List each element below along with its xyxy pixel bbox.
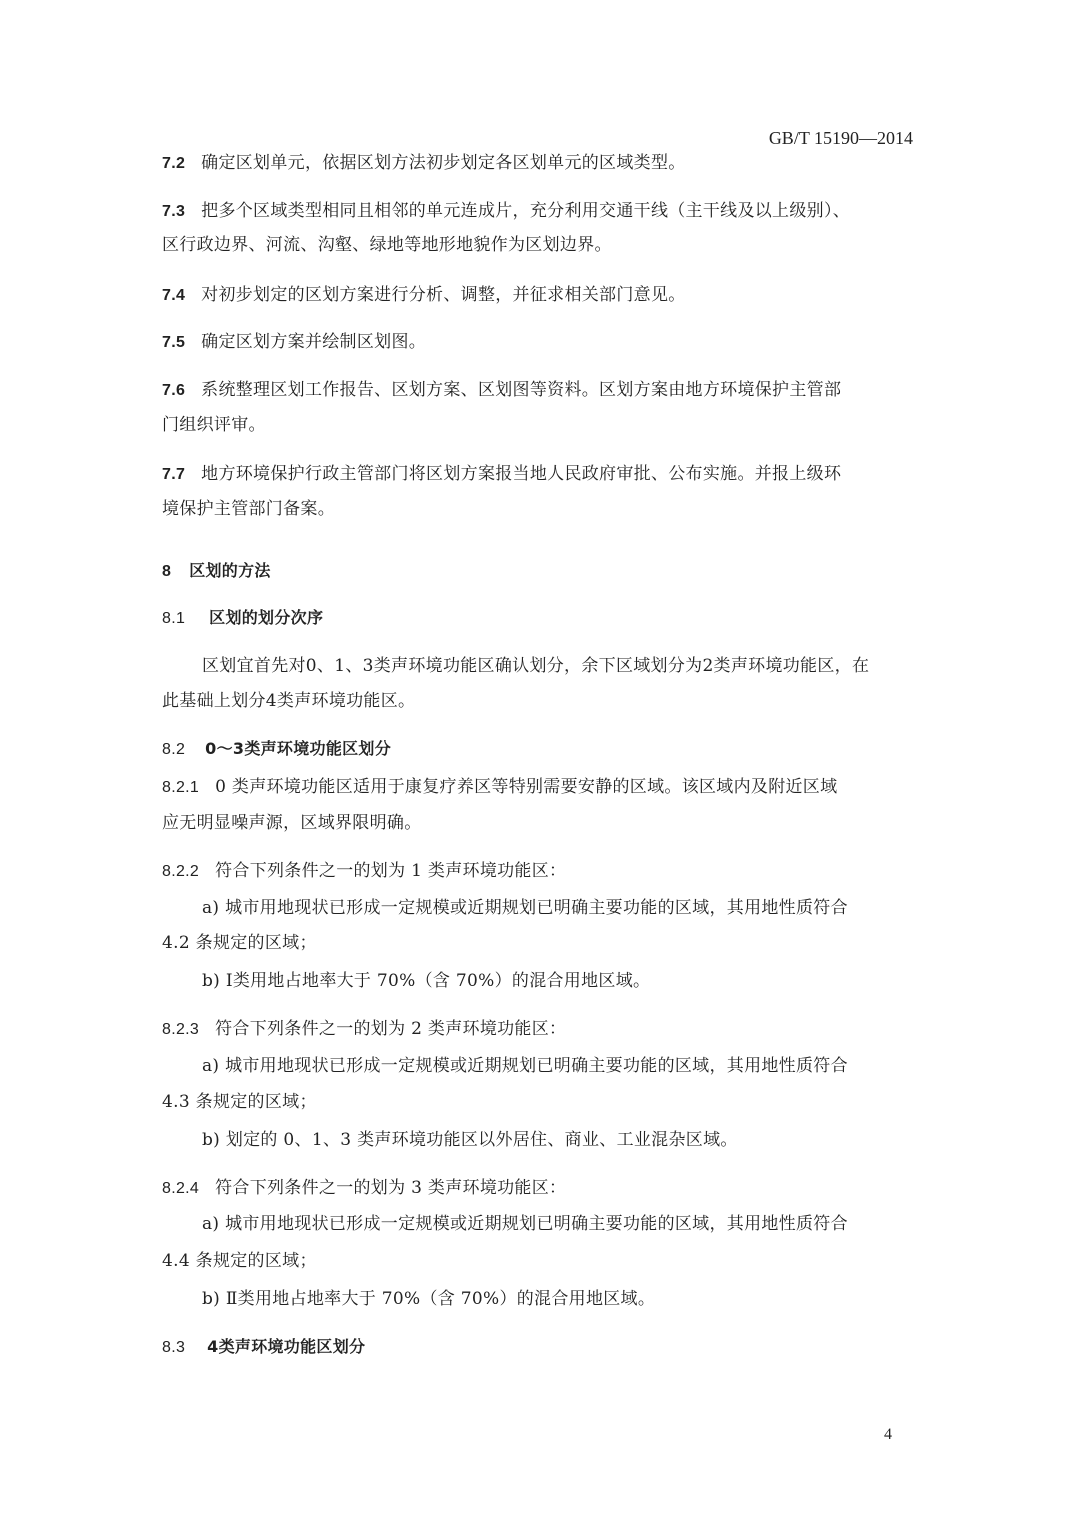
- item-8-2-3-b: b) 划定的 0、1、3 类声环境功能区以外居住、商业、工业混杂区域。: [162, 1129, 954, 1151]
- clause-number: 7.2: [162, 153, 185, 175]
- clause-7-6: 7.6系统整理区划工作报告、区划方案、区划图等资料。区划方案由地方环境保护主管部: [162, 379, 914, 402]
- clause-number: 7.7: [162, 464, 185, 486]
- clause-number: 8.2.2: [162, 861, 199, 883]
- item-8-2-4-a: a) 城市用地现状已形成一定规模或近期规划已明确主要功能的区域，其用地性质符合: [162, 1213, 954, 1235]
- section-number: 8.1: [162, 608, 185, 630]
- section-title: 0～3类声环境功能区划分: [205, 739, 391, 758]
- section-number: 8.3: [162, 1337, 185, 1359]
- clause-number: 7.5: [162, 332, 185, 354]
- clause-text: 符合下列条件之一的划为 3 类声环境功能区：: [215, 1178, 566, 1198]
- clause-8-2-1: 8.2.10 类声环境功能区适用于康复疗养区等特别需要安静的区域。该区域内及附近…: [162, 776, 914, 799]
- clause-7-6-cont: 门组织评审。: [162, 414, 914, 436]
- clause-text: 区行政边界、河流、沟壑、绿地等地形地貌作为区划边界。: [162, 235, 612, 255]
- clause-number: 8.2.1: [162, 777, 199, 799]
- item-text: b) Ⅰ类用地占地率大于 70%（含 70%）的混合用地区域。: [202, 971, 650, 991]
- clause-text: 境保护主管部门备案。: [162, 499, 335, 519]
- clause-7-7: 7.7地方环境保护行政主管部门将区划方案报当地人民政府审批、公布实施。并报上级环: [162, 463, 914, 486]
- section-8-heading: 8区划的方法: [162, 560, 914, 583]
- item-text: a) 城市用地现状已形成一定规模或近期规划已明确主要功能的区域，其用地性质符合: [202, 1056, 848, 1076]
- clause-text: 0 类声环境功能区适用于康复疗养区等特别需要安静的区域。该区域内及附近区域: [215, 777, 837, 797]
- paragraph-text: 区划宜首先对0、1、3类声环境功能区确认划分，余下区域划分为2类声环境功能区，在: [202, 656, 869, 676]
- page-number: 4: [884, 1426, 892, 1444]
- clause-text: 确定区划方案并绘制区划图。: [201, 332, 426, 352]
- clause-text: 系统整理区划工作报告、区划方案、区划图等资料。区划方案由地方环境保护主管部: [201, 380, 841, 400]
- clause-8-2-4: 8.2.4符合下列条件之一的划为 3 类声环境功能区：: [162, 1177, 914, 1200]
- item-8-2-4-a-cont: 4.4 条规定的区域；: [162, 1250, 914, 1272]
- clause-number: 7.3: [162, 201, 185, 223]
- item-text: b) 划定的 0、1、3 类声环境功能区以外居住、商业、工业混杂区域。: [202, 1130, 738, 1150]
- section-number: 8.2: [162, 739, 185, 761]
- clause-text: 门组织评审。: [162, 415, 266, 435]
- item-text: 4.4 条规定的区域；: [162, 1251, 317, 1271]
- clause-text: 确定区划单元，依据区划方法初步划定各区划单元的区域类型。: [201, 153, 685, 173]
- item-8-2-3-a-cont: 4.3 条规定的区域；: [162, 1091, 914, 1113]
- clause-7-2: 7.2确定区划单元，依据区划方法初步划定各区划单元的区域类型。: [162, 152, 914, 175]
- clause-8-2-3: 8.2.3符合下列条件之一的划为 2 类声环境功能区：: [162, 1018, 914, 1041]
- clause-text: 符合下列条件之一的划为 1 类声环境功能区：: [215, 861, 566, 881]
- clause-text: 把多个区域类型相同且相邻的单元连成片，充分利用交通干线（主干线及以上级别）、: [201, 201, 850, 221]
- clause-7-3: 7.3把多个区域类型相同且相邻的单元连成片，充分利用交通干线（主干线及以上级别）…: [162, 200, 914, 223]
- section-number: 8: [162, 561, 171, 583]
- clause-7-3-cont: 区行政边界、河流、沟壑、绿地等地形地貌作为区划边界。: [162, 234, 914, 256]
- item-8-2-3-a: a) 城市用地现状已形成一定规模或近期规划已明确主要功能的区域，其用地性质符合: [162, 1055, 954, 1077]
- clause-7-7-cont: 境保护主管部门备案。: [162, 498, 914, 520]
- item-8-2-2-b: b) Ⅰ类用地占地率大于 70%（含 70%）的混合用地区域。: [162, 970, 954, 992]
- item-text: b) Ⅱ类用地占地率大于 70%（含 70%）的混合用地区域。: [202, 1289, 655, 1309]
- clause-number: 7.4: [162, 285, 185, 307]
- item-8-2-4-b: b) Ⅱ类用地占地率大于 70%（含 70%）的混合用地区域。: [162, 1288, 954, 1310]
- paragraph-text: 此基础上划分4类声环境功能区。: [162, 691, 415, 711]
- clause-7-5: 7.5确定区划方案并绘制区划图。: [162, 331, 914, 354]
- clause-8-2-2: 8.2.2符合下列条件之一的划为 1 类声环境功能区：: [162, 860, 914, 883]
- section-title: 4类声环境功能区划分: [207, 1337, 365, 1356]
- section-8-1-heading: 8.1区划的划分次序: [162, 607, 914, 630]
- clause-text: 地方环境保护行政主管部门将区划方案报当地人民政府审批、公布实施。并报上级环: [201, 464, 841, 484]
- section-8-3-heading: 8.34类声环境功能区划分: [162, 1336, 914, 1359]
- item-8-2-2-a: a) 城市用地现状已形成一定规模或近期规划已明确主要功能的区域，其用地性质符合: [162, 897, 954, 919]
- clause-8-2-1-cont: 应无明显噪声源，区域界限明确。: [162, 812, 914, 834]
- section-title: 区划的划分次序: [209, 608, 323, 627]
- item-text: a) 城市用地现状已形成一定规模或近期规划已明确主要功能的区域，其用地性质符合: [202, 898, 848, 918]
- clause-text: 符合下列条件之一的划为 2 类声环境功能区：: [215, 1019, 566, 1039]
- clause-7-4: 7.4对初步划定的区划方案进行分析、调整，并征求相关部门意见。: [162, 284, 914, 307]
- document-page: GB/T 15190—2014 7.2确定区划单元，依据区划方法初步划定各区划单…: [0, 0, 1074, 1520]
- item-8-2-2-a-cont: 4.2 条规定的区域；: [162, 932, 914, 954]
- item-text: a) 城市用地现状已形成一定规模或近期规划已明确主要功能的区域，其用地性质符合: [202, 1214, 848, 1234]
- standard-number: GB/T 15190—2014: [769, 128, 913, 149]
- clause-text: 应无明显噪声源，区域界限明确。: [162, 813, 422, 833]
- clause-number: 8.2.3: [162, 1019, 199, 1041]
- section-title: 区划的方法: [189, 561, 271, 580]
- clause-number: 7.6: [162, 380, 185, 402]
- item-text: 4.3 条规定的区域；: [162, 1092, 317, 1112]
- clause-text: 对初步划定的区划方案进行分析、调整，并征求相关部门意见。: [201, 285, 685, 305]
- paragraph-8-1: 区划宜首先对0、1、3类声环境功能区确认划分，余下区域划分为2类声环境功能区，在: [162, 655, 954, 677]
- section-8-2-heading: 8.20～3类声环境功能区划分: [162, 738, 914, 761]
- item-text: 4.2 条规定的区域；: [162, 933, 317, 953]
- paragraph-8-1-cont: 此基础上划分4类声环境功能区。: [162, 690, 914, 712]
- clause-number: 8.2.4: [162, 1178, 199, 1200]
